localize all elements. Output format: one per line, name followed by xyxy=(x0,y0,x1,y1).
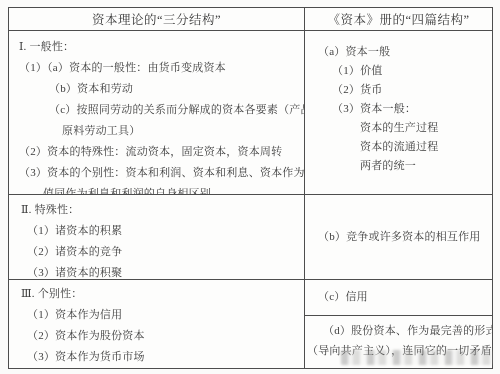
chapter-d-line1: （d）股份资本、作为最完善的形式 xyxy=(323,321,489,341)
section-i-item2: （b）资本和劳动 xyxy=(49,79,302,100)
table-row-particularity: Ⅱ. 特殊性： （1）诸资本的积累 （2）诸资本的竞争 （3）诸资本的积聚 （b… xyxy=(9,194,492,279)
subcell-credit: （c）信用 xyxy=(305,280,492,316)
subcell-share-capital: （d）股份资本、作为最完善的形式 （导向共产主义），连同它的一切矛盾 xyxy=(305,316,492,361)
chapter-c-text: （c）信用 xyxy=(318,287,368,308)
table-row-generality: Ⅰ. 一般性： （1）（a）资本的一般性：由货币变成资本 （b）资本和劳动 （c… xyxy=(9,31,492,194)
header-cell-three-part-structure: 资本理论的“三分结构” xyxy=(9,8,305,30)
section-ii-item2: （2）诸资本的竞争 xyxy=(27,242,302,263)
chapter-a-item3: （3）资本一般： xyxy=(332,100,490,119)
section-i-item3-line2: 原料劳动工具） xyxy=(62,121,302,142)
chapter-a-item1: （1）价值 xyxy=(332,62,490,81)
chapter-a-sub2: 资本的流通过程 xyxy=(360,138,490,157)
table-row-individuality: Ⅲ. 个别性： （1）资本作为信用 （2）资本作为股份资本 （3）资本作为货币市… xyxy=(9,279,492,368)
section-ii-item3: （3）诸资本的积聚 xyxy=(27,263,302,279)
chapter-a-sub1: 资本的生产过程 xyxy=(360,119,490,138)
section-i-item5-line1: （3）资本的个别性：资本和利润、资本和利息、资本作为价 xyxy=(19,163,302,184)
chapter-a-item2: （2）货币 xyxy=(332,81,490,100)
chapter-d-line2: （导向共产主义），连同它的一切矛盾 xyxy=(307,341,489,361)
section-iii-item3: （3）资本作为货币市场 xyxy=(27,347,302,368)
chapter-b-text: （b）竞争或许多资本的相互作用 xyxy=(318,227,481,248)
cell-particularity-left: Ⅱ. 特殊性： （1）诸资本的积累 （2）诸资本的竞争 （3）诸资本的积聚 xyxy=(9,195,305,279)
section-ii-title: Ⅱ. 特殊性： xyxy=(21,200,302,221)
cell-generality-left: Ⅰ. 一般性： （1）（a）资本的一般性：由货币变成资本 （b）资本和劳动 （c… xyxy=(9,31,305,194)
cell-credit-and-share-capital: （c）信用 （d）股份资本、作为最完善的形式 （导向共产主义），连同它的一切矛盾 xyxy=(305,280,492,368)
section-i-item1: （1）（a）资本的一般性：由货币变成资本 xyxy=(19,58,302,79)
section-i-item4: （2）资本的特殊性：流动资本，固定资本，资本周转 xyxy=(19,142,302,163)
header-cell-four-chapter-structure: 《资本》册的“四篇结构” xyxy=(305,8,492,30)
cell-capital-in-general: （a）资本一般 （1）价值 （2）货币 （3）资本一般： 资本的生产过程 资本的… xyxy=(305,31,492,194)
section-i-title: Ⅰ. 一般性： xyxy=(19,37,302,58)
section-i-item5-line2: 值同作为利息和利润的自身相区别 xyxy=(43,184,302,194)
chapter-a-sub3: 两者的统一 xyxy=(360,157,490,176)
section-i-item3-line1: （c）按照同劳动的关系而分解成的资本各要素（产品、 xyxy=(49,100,302,121)
comparison-table: 资本理论的“三分结构” 《资本》册的“四篇结构” Ⅰ. 一般性： （1）（a）资… xyxy=(8,7,493,369)
section-iii-item2: （2）资本作为股份资本 xyxy=(27,326,302,347)
cell-competition: （b）竞争或许多资本的相互作用 xyxy=(305,195,492,279)
page: { "table": { "header": { "left": "资本理论的“… xyxy=(0,0,500,374)
cell-individuality-left: Ⅲ. 个别性： （1）资本作为信用 （2）资本作为股份资本 （3）资本作为货币市… xyxy=(9,280,305,368)
section-ii-item1: （1）诸资本的积累 xyxy=(27,221,302,242)
section-iii-item1: （1）资本作为信用 xyxy=(27,305,302,326)
chapter-a-title: （a）资本一般 xyxy=(318,43,490,62)
table-header-row: 资本理论的“三分结构” 《资本》册的“四篇结构” xyxy=(9,8,492,31)
section-iii-title: Ⅲ. 个别性： xyxy=(21,284,302,305)
